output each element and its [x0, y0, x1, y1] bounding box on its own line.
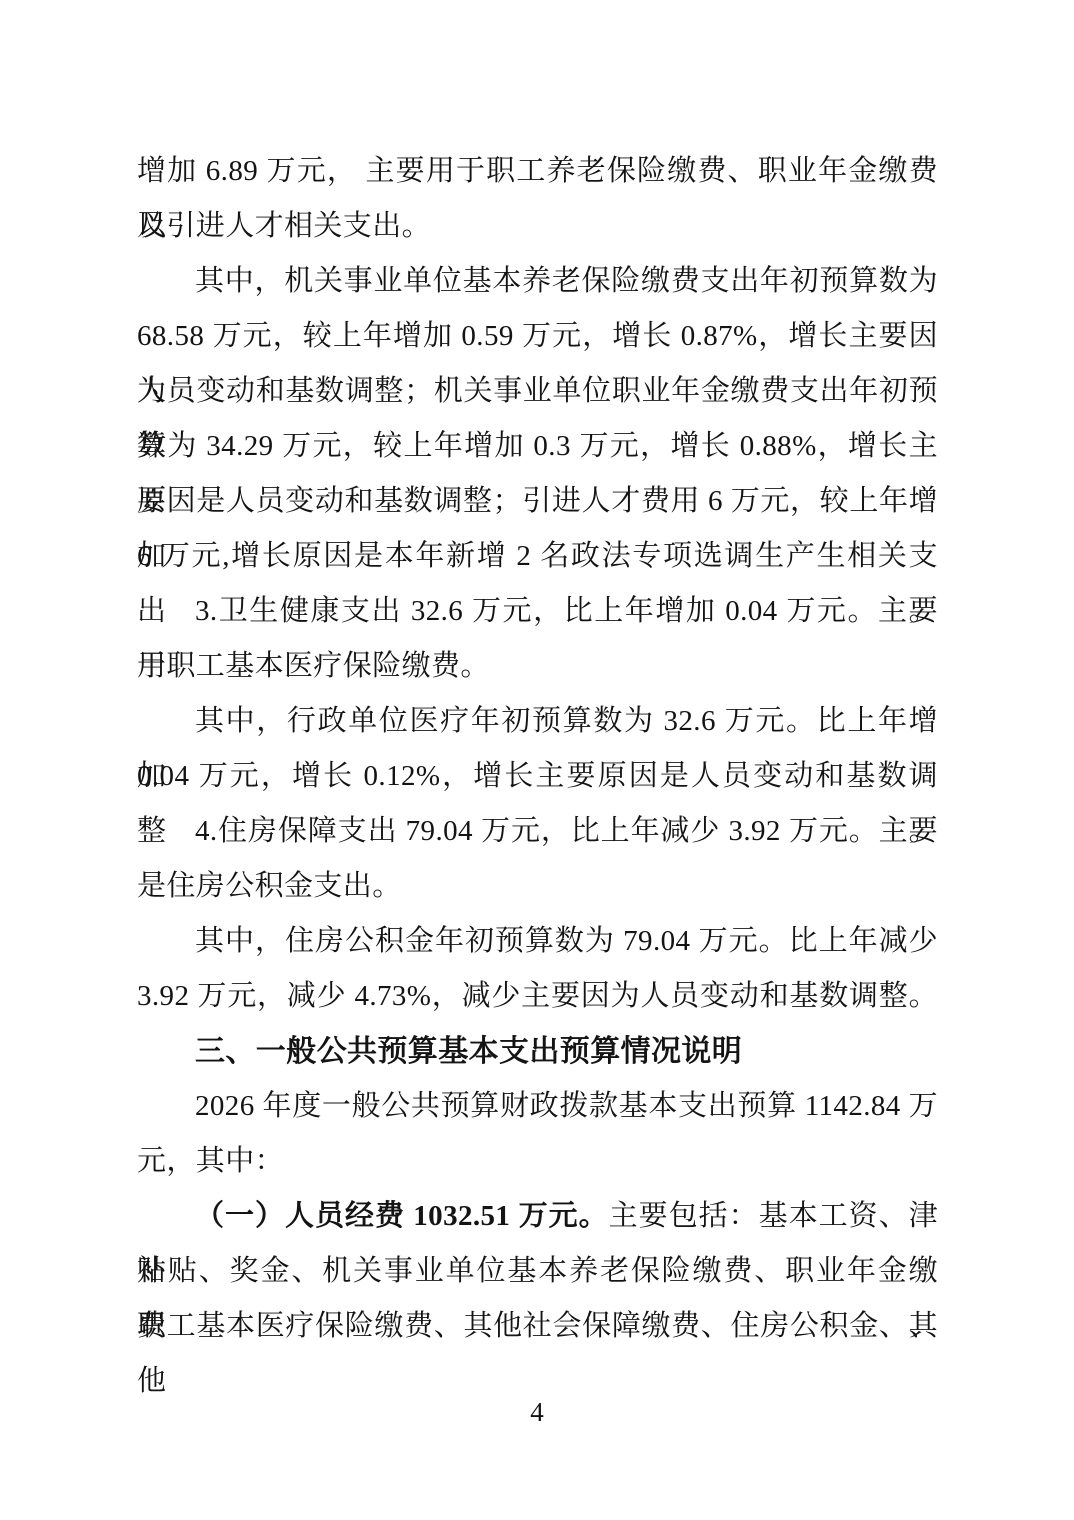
text-line: 元，其中：: [137, 1134, 938, 1189]
text-line: 68.58 万元，较上年增加 0.59 万元，增长 0.87%，增长主要因为: [137, 309, 938, 364]
text-line: 增加 6.89 万元， 主要用于职工养老保险缴费、职业年金缴费以: [137, 144, 938, 199]
bold-text-segment: （一）人员经费 1032.51 万元。: [195, 1200, 609, 1232]
text-line: 是住房公积金支出。: [137, 859, 938, 914]
text-line: 6 万元,增长原因是本年新增 2 名政法专项选调生产生相关支出。: [137, 529, 938, 584]
text-line: 其中，住房公积金年初预算数为 79.04 万元。比上年减少: [137, 914, 938, 969]
section-heading: 三、一般公共预算基本支出预算情况说明: [137, 1024, 938, 1079]
text-line: 4.住房保障支出 79.04 万元，比上年减少 3.92 万元。主要: [137, 804, 938, 859]
text-line: 职工基本医疗保险缴费、其他社会保障缴费、住房公积金、其他: [137, 1299, 938, 1354]
text-line: 补贴、奖金、机关事业单位基本养老保险缴费、职业年金缴费、: [137, 1244, 938, 1299]
text-line: 其中，行政单位医疗年初预算数为 32.6 万元。比上年增加: [137, 694, 938, 749]
text-line: 数为 34.29 万元，较上年增加 0.3 万元，增长 0.88%，增长主要: [137, 419, 938, 474]
text-line: 于职工基本医疗保险缴费。: [137, 639, 938, 694]
document-page: 增加 6.89 万元， 主要用于职工养老保险缴费、职业年金缴费以及引进人才相关支…: [0, 0, 1074, 1520]
text-line: 原因是人员变动和基数调整；引进人才费用 6 万元，较上年增加: [137, 474, 938, 529]
document-body: 增加 6.89 万元， 主要用于职工养老保险缴费、职业年金缴费以及引进人才相关支…: [137, 144, 938, 1354]
page-number: 4: [0, 1392, 1074, 1432]
text-line: （一）人员经费 1032.51 万元。主要包括：基本工资、津贴: [137, 1189, 938, 1244]
text-line: 3.92 万元，减少 4.73%，减少主要因为人员变动和基数调整。: [137, 969, 938, 1024]
text-line: 人员变动和基数调整；机关事业单位职业年金缴费支出年初预算: [137, 364, 938, 419]
text-line: 2026 年度一般公共预算财政拨款基本支出预算 1142.84 万: [137, 1079, 938, 1134]
text-line: 3.卫生健康支出 32.6 万元，比上年增加 0.04 万元。主要用: [137, 584, 938, 639]
text-line: 其中，机关事业单位基本养老保险缴费支出年初预算数为: [137, 254, 938, 309]
text-line: 及引进人才相关支出。: [137, 199, 938, 254]
text-line: 0.04 万元，增长 0.12%，增长主要原因是人员变动和基数调整。: [137, 749, 938, 804]
